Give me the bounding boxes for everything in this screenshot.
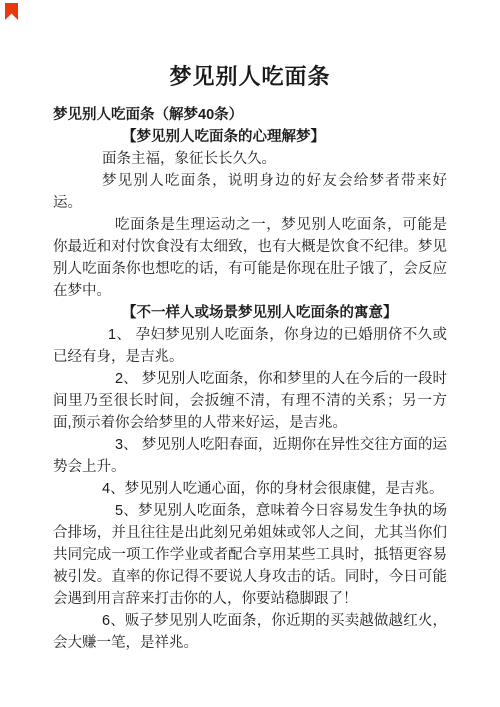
list-item: 6、贩子梦见别人吃面条，你近期的买卖越做越红火，会大赚一笔，是祥兆。 [53,610,447,654]
subtitle-line: 梦见别人吃面条（解梦40条） [53,104,447,126]
document-body: 梦见别人吃面条（解梦40条） 【梦见别人吃面条的心理解梦】 面条主福，象征长长久… [53,104,447,654]
paragraph: 面条主福，象征长长久久。 [53,148,447,170]
page-title: 梦见别人吃面条 [0,0,500,92]
list-item: 1、 孕妇梦见别人吃面条，你身边的已婚朋侪不久或已经有身，是吉兆。 [53,324,447,368]
paragraph: 吃面条是生理运动之一，梦见别人吃面条，可能是你最近和对付饮食没有太细致，也有大概… [53,214,447,302]
list-item: 4、梦见别人吃通心面，你的身材会很康健，是吉兆。 [53,478,447,500]
paragraph: 梦见别人吃面条，说明身边的好友会给梦者带来好运。 [53,170,447,214]
section-heading: 【梦见别人吃面条的心理解梦】 [53,126,447,148]
list-item: 3、 梦见别人吃阳春面，近期你在异性交往方面的运势会上升。 [53,434,447,478]
list-item: 5、梦见别人吃面条，意味着今日容易发生争执的场合排场，并且往往是出此刻兄弟姐妹或… [53,500,447,610]
section-heading: 【不一样人或场景梦见别人吃面条的寓意】 [53,302,447,324]
document-page: 梦见别人吃面条 梦见别人吃面条（解梦40条） 【梦见别人吃面条的心理解梦】 面条… [0,0,500,707]
list-item: 2、 梦见别人吃面条，你和梦里的人在今后的一段时间里乃至很长时间，会扳缠不清，有… [53,368,447,434]
